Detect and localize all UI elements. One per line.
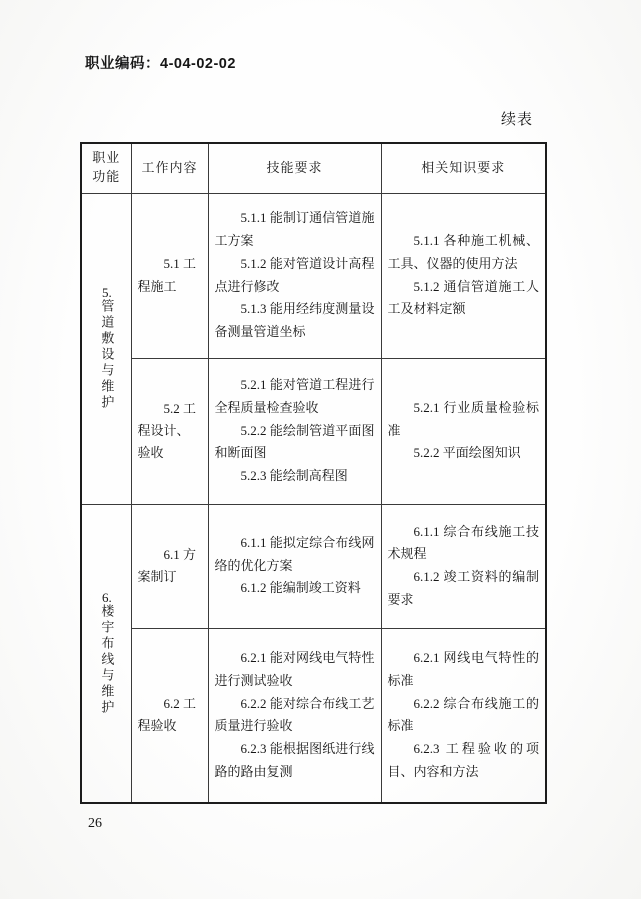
skill-item: 5.2.2 能绘制管道平面图和断面图 bbox=[215, 420, 375, 466]
skill-item: 6.2.1 能对网线电气特性进行测试验收 bbox=[215, 647, 375, 693]
work-content-cell: 5.2 工程设计、验收 bbox=[131, 358, 208, 504]
skill-requirements-cell: 6.1.1 能拟定综合布线网络的优化方案 6.1.2 能编制竣工资料 bbox=[208, 504, 381, 628]
work-content-text: 6.1 方案制订 bbox=[138, 544, 202, 588]
document-page: 职业编码：4-04-02-02 续表 职业功能 工作内容 技能要求 相关知识要求… bbox=[0, 0, 641, 899]
skill-item: 5.2.3 能绘制高程图 bbox=[215, 465, 375, 488]
skill-item: 5.2.1 能对管道工程进行全程质量检查验收 bbox=[215, 374, 375, 420]
column-header-occupational-function: 职业功能 bbox=[81, 143, 131, 193]
skill-item: 5.1.1 能制订通信管道施工方案 bbox=[215, 207, 375, 253]
related-knowledge-cell: 5.1.1 各种施工机械、工具、仪器的使用方法 5.1.2 通信管道施工人工及材… bbox=[381, 193, 546, 358]
function-vertical-text: 6.楼宇布线与维护 bbox=[99, 591, 113, 716]
function-cell-section5: 5.管道敷设与维护 bbox=[81, 193, 131, 504]
related-knowledge-cell: 6.2.1 网线电气特性的标准 6.2.2 综合布线施工的标准 6.2.3 工程… bbox=[381, 628, 546, 803]
skill-item: 6.1.2 能编制竣工资料 bbox=[215, 577, 375, 600]
table-row: 5.2 工程设计、验收 5.2.1 能对管道工程进行全程质量检查验收 5.2.2… bbox=[81, 358, 546, 504]
table-header-row: 职业功能 工作内容 技能要求 相关知识要求 bbox=[81, 143, 546, 193]
work-content-text: 5.1 工程施工 bbox=[138, 253, 202, 297]
knowledge-item: 6.1.2 竣工资料的编制要求 bbox=[388, 566, 540, 612]
work-content-cell: 6.2 工程验收 bbox=[131, 628, 208, 803]
work-content-text: 5.2 工程设计、验收 bbox=[138, 398, 202, 464]
column-header-related-knowledge: 相关知识要求 bbox=[381, 143, 546, 193]
knowledge-item: 6.2.3 工程验收的项目、内容和方法 bbox=[388, 738, 540, 784]
skill-item: 6.1.1 能拟定综合布线网络的优化方案 bbox=[215, 532, 375, 578]
continued-table-label: 续表 bbox=[80, 108, 545, 129]
knowledge-item: 5.1.1 各种施工机械、工具、仪器的使用方法 bbox=[388, 230, 540, 276]
occupation-code: 职业编码：4-04-02-02 bbox=[85, 52, 236, 73]
knowledge-item: 6.2.2 综合布线施工的标准 bbox=[388, 693, 540, 739]
related-knowledge-cell: 5.2.1 行业质量检验标准 5.2.2 平面绘图知识 bbox=[381, 358, 546, 504]
function-label: 楼宇布线与维护 bbox=[99, 604, 114, 716]
function-label: 管道敷设与维护 bbox=[99, 299, 114, 411]
knowledge-item: 5.2.2 平面绘图知识 bbox=[388, 442, 540, 465]
skill-item: 6.2.2 能对综合布线工艺质量进行验收 bbox=[215, 693, 375, 739]
table-row: 6.楼宇布线与维护 6.1 方案制订 6.1.1 能拟定综合布线网络的优化方案 … bbox=[81, 504, 546, 628]
function-vertical-text: 5.管道敷设与维护 bbox=[99, 286, 113, 411]
function-number: 5. bbox=[99, 286, 114, 299]
related-knowledge-cell: 6.1.1 综合布线施工技术规程 6.1.2 竣工资料的编制要求 bbox=[381, 504, 546, 628]
function-number: 6. bbox=[99, 591, 114, 604]
work-content-cell: 5.1 工程施工 bbox=[131, 193, 208, 358]
table-row: 5.管道敷设与维护 5.1 工程施工 5.1.1 能制订通信管道施工方案 5.1… bbox=[81, 193, 546, 358]
column-header-work-content: 工作内容 bbox=[131, 143, 208, 193]
column-header-skill-requirements: 技能要求 bbox=[208, 143, 381, 193]
knowledge-item: 6.2.1 网线电气特性的标准 bbox=[388, 647, 540, 693]
skill-item: 6.2.3 能根据图纸进行线路的路由复测 bbox=[215, 738, 375, 784]
knowledge-item: 6.1.1 综合布线施工技术规程 bbox=[388, 521, 540, 567]
knowledge-item: 5.2.1 行业质量检验标准 bbox=[388, 397, 540, 443]
requirements-table: 职业功能 工作内容 技能要求 相关知识要求 5.管道敷设与维护 5.1 工程施工… bbox=[80, 142, 547, 804]
skill-item: 5.1.2 能对管道设计高程点进行修改 bbox=[215, 253, 375, 299]
page-number: 26 bbox=[88, 816, 102, 832]
function-cell-section6: 6.楼宇布线与维护 bbox=[81, 504, 131, 803]
skill-requirements-cell: 6.2.1 能对网线电气特性进行测试验收 6.2.2 能对综合布线工艺质量进行验… bbox=[208, 628, 381, 803]
skill-requirements-cell: 5.2.1 能对管道工程进行全程质量检查验收 5.2.2 能绘制管道平面图和断面… bbox=[208, 358, 381, 504]
skill-item: 5.1.3 能用经纬度测量设备测量管道坐标 bbox=[215, 298, 375, 344]
knowledge-item: 5.1.2 通信管道施工人工及材料定额 bbox=[388, 276, 540, 322]
work-content-text: 6.2 工程验收 bbox=[138, 693, 202, 737]
work-content-cell: 6.1 方案制订 bbox=[131, 504, 208, 628]
table-row: 6.2 工程验收 6.2.1 能对网线电气特性进行测试验收 6.2.2 能对综合… bbox=[81, 628, 546, 803]
skill-requirements-cell: 5.1.1 能制订通信管道施工方案 5.1.2 能对管道设计高程点进行修改 5.… bbox=[208, 193, 381, 358]
